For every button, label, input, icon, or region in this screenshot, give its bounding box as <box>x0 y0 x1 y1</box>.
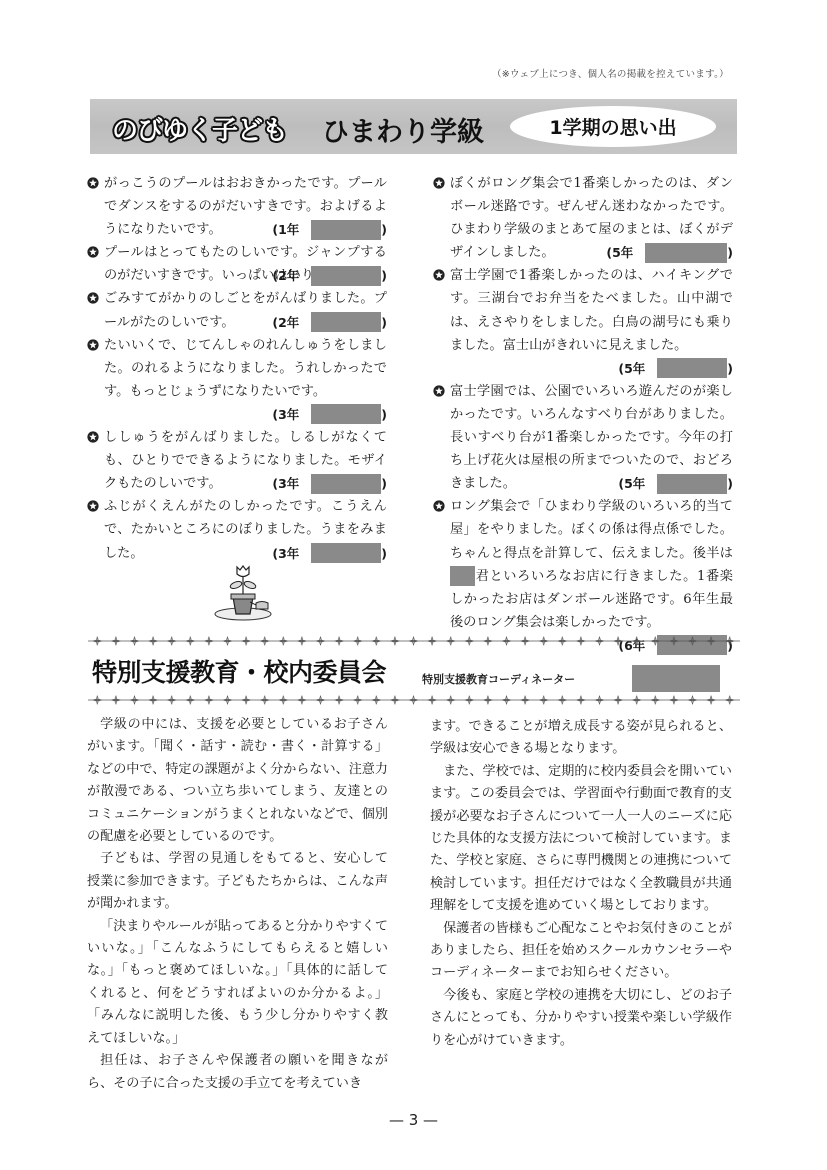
article-paragraph: 「決まりやルールが貼ってあると分かりやすくていいな。」「こんなふうにしてもらえる… <box>87 916 388 1050</box>
redacted-name <box>657 358 727 378</box>
memory-text: ロング集会で「ひまわり学級のいろいろ的当て屋」をやりました。ぼくの係は得点係でし… <box>450 495 733 634</box>
memory-text-part: ロング集会で「ひまわり学級のいろいろ的当て屋」をやりました。ぼくの係は得点係でし… <box>450 499 733 560</box>
star-bullet-icon <box>87 339 99 351</box>
article-paragraph: 保護者の皆様もご心配なことやお気付きのことがありましたら、担任を始めスクールカウ… <box>430 918 732 985</box>
memory-signature-row: (2年) <box>87 264 387 287</box>
ornamental-divider-bottom <box>88 695 740 705</box>
memory-signature-row: (3年) <box>87 472 387 495</box>
banner-subtitle-oval: 1学期の思い出 <box>510 106 716 147</box>
memory-entry: ロング集会で「ひまわり学級のいろいろ的当て屋」をやりました。ぼくの係は得点係でし… <box>433 495 733 634</box>
close-paren: ) <box>381 311 387 334</box>
star-bullet-icon <box>433 500 445 512</box>
close-paren: ) <box>381 472 387 495</box>
memory-text: 富士学園で1番楽しかったのは、ハイキングです。三湖台でお弁当をたべました。山中湖… <box>450 264 733 356</box>
grade-label: (3年 <box>272 542 299 565</box>
redacted-name <box>657 474 727 494</box>
article-left-column: 学級の中には、支援を必要としているお子さんがいます。「聞く・話す・読む・書く・計… <box>87 714 388 1095</box>
memory-text: たいいくで、じてんしゃのれんしゅうをしました。のれるようになりました。うれしかっ… <box>104 334 387 403</box>
redacted-name <box>311 404 381 424</box>
redacted-coordinator-name <box>632 665 720 692</box>
close-paren: ) <box>727 357 733 380</box>
banner-subtitle: 1学期の思い出 <box>549 113 676 140</box>
grade-label: (2年 <box>272 311 299 334</box>
close-paren: ) <box>381 403 387 426</box>
grade-signature: (3年) <box>272 403 387 426</box>
memory-signature-row: (3年) <box>87 403 387 426</box>
memory-signature-row: (1年) <box>87 218 387 241</box>
redacted-name <box>311 312 381 332</box>
redacted-name <box>311 220 381 240</box>
grade-signature: (3年) <box>272 542 387 565</box>
memory-signature-row: (2年) <box>87 311 387 334</box>
grade-signature: (5年) <box>618 357 733 380</box>
close-paren: ) <box>381 542 387 565</box>
star-bullet-icon <box>87 292 99 304</box>
memory-signature-row: (5年) <box>433 472 733 495</box>
article-paragraph: 子どもは、学習の見通しをもてると、安心して授業に参加できます。子どもたちからは、… <box>87 848 388 915</box>
redacted-name <box>645 243 727 263</box>
star-bullet-icon <box>87 431 99 443</box>
memory-entry: たいいくで、じてんしゃのれんしゅうをしました。のれるようになりました。うれしかっ… <box>87 334 387 403</box>
close-paren: ) <box>727 241 733 264</box>
article-paragraph: ます。できることが増え成長する姿が見られると、学級は安心できる場となります。 <box>430 716 732 761</box>
banner-title-class: ひまわり学級 <box>322 110 484 149</box>
page-number: — 3 — <box>0 1111 827 1129</box>
redacted-name <box>311 474 381 494</box>
grade-signature: (5年) <box>606 241 733 264</box>
ornamental-divider-top <box>88 636 740 646</box>
star-bullet-icon <box>87 177 99 189</box>
star-bullet-icon <box>87 246 99 258</box>
star-bullet-icon <box>87 500 99 512</box>
close-paren: ) <box>727 472 733 495</box>
redacted-name <box>311 543 381 563</box>
redacted-name <box>311 266 381 286</box>
article-right-column: ます。できることが増え成長する姿が見られると、学級は安心できる場となります。 ま… <box>430 716 732 1052</box>
article-paragraph: 担任は、お子さんや保護者の願いを聞きながら、その子に合った支援の手立てを考えてい… <box>87 1050 388 1095</box>
grade-label: (2年 <box>272 264 299 287</box>
grade-label: (3年 <box>272 403 299 426</box>
section-banner: のびゆく子ども ひまわり学級 1学期の思い出 <box>90 99 737 154</box>
close-paren: ) <box>381 218 387 241</box>
grade-label: (1年 <box>272 218 299 241</box>
memory-signature-row: (5年) <box>433 357 733 380</box>
star-bullet-icon <box>433 177 445 189</box>
memories-left-column: がっこうのプールはおおきかったです。プールでダンスをするのがだいすきです。およげ… <box>87 172 387 565</box>
banner-title-outline: のびゆく子ども <box>112 110 287 147</box>
article-paragraph: 学級の中には、支援を必要としているお子さんがいます。「聞く・話す・読む・書く・計… <box>87 714 388 848</box>
article-paragraph: また、学校では、定期的に校内委員会を開いています。この委員会では、学習面や行動面… <box>430 761 732 918</box>
grade-signature: (1年) <box>272 218 387 241</box>
flower-pot-illustration <box>212 562 274 622</box>
grade-label: (5年 <box>606 241 633 264</box>
memory-entry: 富士学園で1番楽しかったのは、ハイキングです。三湖台でお弁当をたべました。山中湖… <box>433 264 733 356</box>
close-paren: ) <box>381 264 387 287</box>
grade-label: (5年 <box>618 357 645 380</box>
memory-signature-row: (5年) <box>433 241 733 264</box>
grade-signature: (5年) <box>618 472 733 495</box>
privacy-notice: （※ウェブ上につき、個人名の掲載を控えています。） <box>492 66 729 80</box>
redacted-name <box>450 566 475 586</box>
star-bullet-icon <box>433 385 445 397</box>
grade-label: (5年 <box>618 472 645 495</box>
article-paragraph: 今後も、家庭と学校の連携を大切にし、どのお子さんにとっても、分かりやすい授業や楽… <box>430 985 732 1052</box>
grade-signature: (2年) <box>272 311 387 334</box>
grade-signature: (3年) <box>272 472 387 495</box>
star-bullet-icon <box>433 269 445 281</box>
grade-signature: (2年) <box>272 264 387 287</box>
memory-text-part: 君といろいろなお店に行きました。1番楽しかったお店はダンボール迷路です。6年生最… <box>450 569 733 630</box>
grade-label: (3年 <box>272 472 299 495</box>
memories-right-column: ぼくがロング集会で1番楽しかったのは、ダンボール迷路です。ぜんぜん迷わなかったで… <box>433 172 733 657</box>
section-title: 特別支援教育・校内委員会 <box>92 653 386 689</box>
coordinator-label: 特別支援教育コーディネーター <box>422 671 575 687</box>
